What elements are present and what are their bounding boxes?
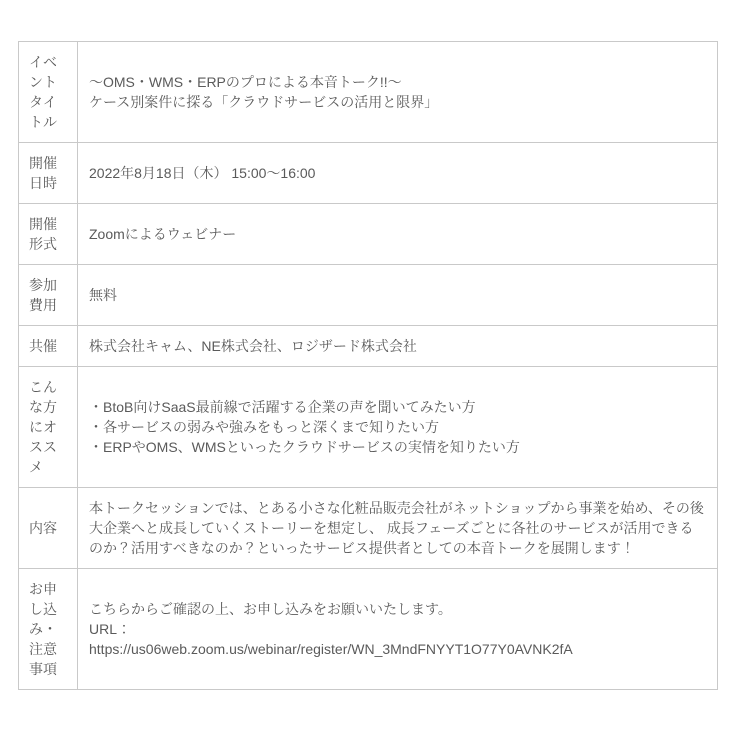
date-time-value: 2022年8月18日（木） 15:00～16:00 [89, 163, 706, 183]
fee-value: 無料 [89, 285, 706, 305]
row-content-date-time: 2022年8月18日（木） 15:00～16:00 [78, 143, 718, 204]
row-label-cohosts: 共催 [19, 326, 78, 367]
recommended-bullet-2: ・各サービスの弱みや強みをもっと深くまで知りたい方 [89, 417, 706, 437]
row-content-fee: 無料 [78, 265, 718, 326]
recommended-bullet-3: ・ERPやOMS、WMSといったクラウドサービスの実情を知りたい方 [89, 437, 706, 457]
table-row-format: 開催形式 Zoomによるウェビナー [19, 204, 718, 265]
cohosts-value: 株式会社キャム、NE株式会社、ロジザード株式会社 [89, 336, 706, 356]
row-content-format: Zoomによるウェビナー [78, 204, 718, 265]
row-label-recommended-for: こんな方にオススメ [19, 367, 78, 488]
event-title-line-2: ケース別案件に探る「クラウドサービスの活用と限界」 [89, 92, 706, 112]
table-row-description: 内容 本トークセッションでは、とある小さな化粧品販売会社がネットショップから事業… [19, 488, 718, 569]
table-row-date-time: 開催日時 2022年8月18日（木） 15:00～16:00 [19, 143, 718, 204]
row-content-registration: こちらからご確認の上、お申し込みをお願いいたします。 URL： https://… [78, 569, 718, 690]
row-label-registration: お申し込み・注意事項 [19, 569, 78, 690]
event-info-table: イベントタイトル ～OMS・WMS・ERPのプロによる本音トーク!!～ ケース別… [18, 41, 718, 690]
registration-url[interactable]: https://us06web.zoom.us/webinar/register… [89, 639, 706, 659]
table-row-recommended-for: こんな方にオススメ ・BtoB向けSaaS最前線で活躍する企業の声を聞いてみたい… [19, 367, 718, 488]
registration-url-label: URL： [89, 619, 706, 639]
row-content-event-title: ～OMS・WMS・ERPのプロによる本音トーク!!～ ケース別案件に探る「クラウ… [78, 42, 718, 143]
row-label-description: 内容 [19, 488, 78, 569]
row-label-event-title: イベントタイトル [19, 42, 78, 143]
row-content-recommended-for: ・BtoB向けSaaS最前線で活躍する企業の声を聞いてみたい方 ・各サービスの弱… [78, 367, 718, 488]
table-row-fee: 参加費用 無料 [19, 265, 718, 326]
row-label-date-time: 開催日時 [19, 143, 78, 204]
registration-instruction: こちらからご確認の上、お申し込みをお願いいたします。 [89, 599, 706, 619]
recommended-bullet-1: ・BtoB向けSaaS最前線で活躍する企業の声を聞いてみたい方 [89, 397, 706, 417]
row-label-fee: 参加費用 [19, 265, 78, 326]
format-value: Zoomによるウェビナー [89, 224, 706, 244]
description-text: 本トークセッションでは、とある小さな化粧品販売会社がネットショップから事業を始め… [89, 498, 706, 558]
row-content-cohosts: 株式会社キャム、NE株式会社、ロジザード株式会社 [78, 326, 718, 367]
table-row-event-title: イベントタイトル ～OMS・WMS・ERPのプロによる本音トーク!!～ ケース別… [19, 42, 718, 143]
table-row-registration: お申し込み・注意事項 こちらからご確認の上、お申し込みをお願いいたします。 UR… [19, 569, 718, 690]
event-title-line-1: ～OMS・WMS・ERPのプロによる本音トーク!!～ [89, 72, 706, 92]
page: イベントタイトル ～OMS・WMS・ERPのプロによる本音トーク!!～ ケース別… [0, 0, 740, 690]
table-row-cohosts: 共催 株式会社キャム、NE株式会社、ロジザード株式会社 [19, 326, 718, 367]
row-content-description: 本トークセッションでは、とある小さな化粧品販売会社がネットショップから事業を始め… [78, 488, 718, 569]
row-label-format: 開催形式 [19, 204, 78, 265]
